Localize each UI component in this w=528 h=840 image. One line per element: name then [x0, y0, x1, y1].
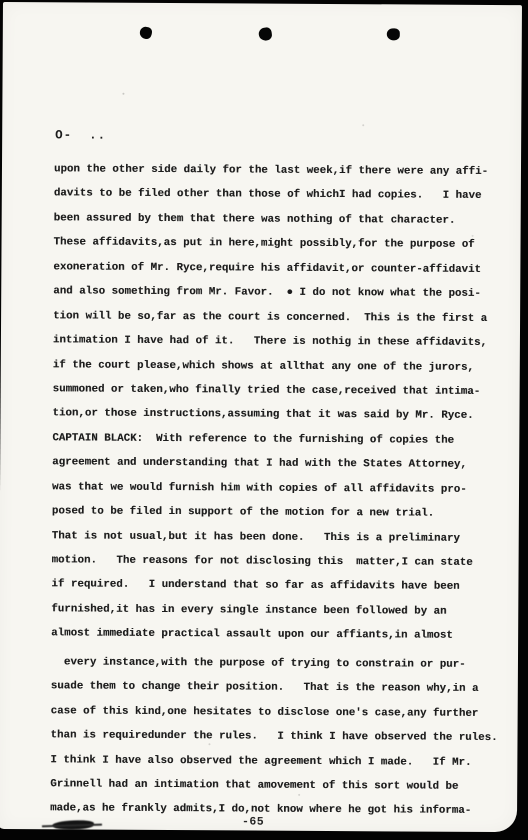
text-line: made,as he frankly admits,I do,not know … [50, 797, 510, 824]
scanner-backdrop: O- .. upon the other side daily for the … [0, 0, 528, 840]
text-line: and also something from Mr. Favor. ● I d… [53, 279, 513, 306]
text-line: summoned or taken,who finally tried the … [53, 377, 513, 404]
punch-hole-icon [139, 26, 153, 40]
text-line: if the court please,which shows at allth… [53, 353, 513, 380]
text-line: agreement and understanding that I had w… [52, 451, 512, 478]
text-line: I think I have also observed the agreeme… [50, 748, 510, 775]
text-line: upon the other side daily for the last w… [54, 157, 514, 184]
text-line: furnished,it has in every single instanc… [51, 597, 511, 624]
text-line: tion,or those instructions,assuming that… [52, 402, 512, 429]
page-number: -65 [242, 815, 264, 828]
transcript-text: upon the other side daily for the last w… [50, 157, 514, 824]
margin-annotation: O- .. [55, 128, 106, 142]
text-line: than is requiredunder the rules. I think… [50, 723, 510, 750]
document-page: O- .. upon the other side daily for the … [0, 2, 522, 832]
punch-hole-icon [258, 27, 273, 42]
text-line: CAPTAIN BLACK: With reference to the fur… [52, 426, 512, 453]
text-line: was that we would furnish him with copie… [52, 475, 512, 502]
text-line: That is not usual,but it has been done. … [52, 524, 512, 551]
text-line: been assured by them that there was noth… [54, 206, 514, 233]
text-line: if required. I understand that so far as… [51, 573, 511, 600]
text-line: davits to be filed other than those of w… [54, 182, 514, 209]
punch-hole-icon [387, 28, 400, 40]
text-line: tion will be so,far as the court is conc… [53, 304, 513, 331]
text-line: These affidavits,as put in here,might po… [53, 231, 513, 258]
text-line: almost immediate practical assault upon … [51, 622, 511, 649]
text-line: Grinnell had an intimation that amovemen… [50, 772, 510, 799]
text-line: exoneration of Mr. Ryce,require his affi… [53, 255, 513, 282]
text-line: posed to be filed in support of the moti… [52, 499, 512, 526]
text-line: suade them to change their position. Tha… [51, 674, 511, 701]
text-line: every instance,with the purpose of tryin… [51, 650, 511, 677]
text-line: intimation I have had of it. There is no… [53, 328, 513, 355]
ink-scribble [52, 820, 94, 830]
text-line: case of this kind,one hesitates to discl… [51, 699, 511, 726]
text-line: motion. The reasons for not disclosing t… [52, 548, 512, 575]
